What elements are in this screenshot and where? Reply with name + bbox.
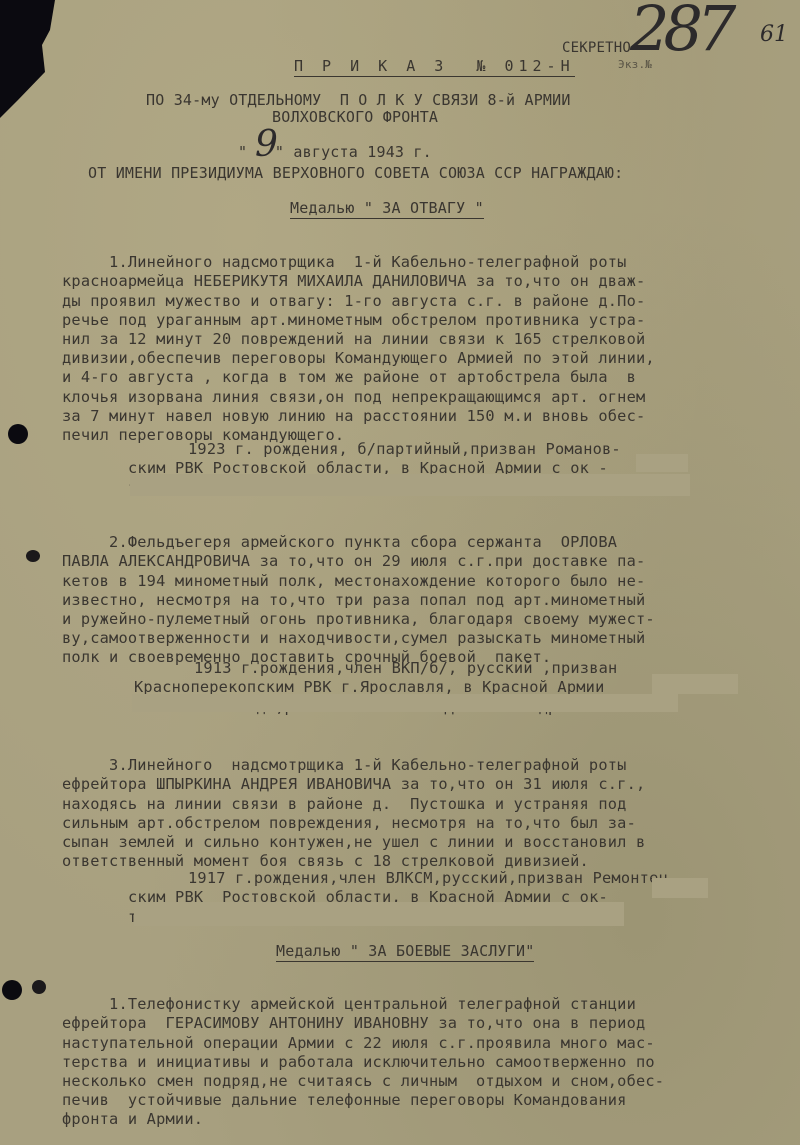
text-line: несколько смен подряд,не считаясь с личн… — [62, 1072, 664, 1091]
text-line: наступательной операции Армии с 22 июля … — [62, 1034, 664, 1053]
text-line: ефрейтора ГЕРАСИМОВУ АНТОНИНУ ИВАНОВНУ з… — [62, 1014, 664, 1033]
citation-entry-4: 1.Телефонистку армейской центральной тел… — [62, 976, 664, 1145]
text-line: фронта и Армии. — [62, 1110, 664, 1129]
text-line: сильным арт.обстрелом повреждения, несмо… — [62, 814, 645, 833]
handwritten-sheet-number: 61 — [760, 22, 788, 47]
text-line: речье под ураганным арт.минометным обстр… — [62, 311, 655, 330]
unit-line-1: ПО 34-му ОТДЕЛЬНОМУ П О Л К У СВЯЗИ 8-й … — [146, 91, 571, 109]
redacted-address — [636, 454, 688, 472]
text-line: ПАВЛА АЛЕКСАНДРОВИЧА за то,что он 29 июл… — [62, 552, 655, 571]
text-line: и ружейно-пулеметный огонь противника, б… — [62, 610, 655, 629]
redacted-address — [132, 694, 678, 712]
text-line: ды проявил мужество и отвагу: 1-го авгус… — [62, 292, 655, 311]
text-line: терства и инициативы и работала исключит… — [62, 1053, 664, 1072]
text-line: 1.Линейного надсмотрщика 1-й Кабельно-те… — [62, 253, 655, 272]
redacted-address — [134, 902, 624, 926]
text-line: 1923 г. рождения, б/партийный,призван Ро… — [128, 440, 621, 459]
text-line: 2.Фельдъегеря армейского пункта сбора се… — [62, 533, 655, 552]
section-heading-bravery-medal: Медалью " ЗА ОТВАГУ " — [290, 199, 484, 219]
text-line: дивизии,обеспечив переговоры Командующег… — [62, 349, 655, 368]
text-line: кетов в 194 минометный полк, местонахожд… — [62, 572, 655, 591]
bio-entry-2: 1913 г.рождения,член ВКП/б/, русский ,пр… — [134, 640, 617, 736]
order-title: П Р И К А З № 012-Н — [294, 57, 575, 77]
text-line: 1913 г.рождения,член ВКП/б/, русский ,пр… — [134, 659, 617, 678]
redacted-address — [652, 878, 708, 898]
text-line: красноармейца НЕБЕРИКУТЯ МИХАИЛА ДАНИЛОВ… — [62, 272, 655, 291]
redacted-address — [652, 674, 738, 694]
punch-hole — [8, 424, 28, 444]
bio-entry-1: 1923 г. рождения, б/партийный,призван Ро… — [128, 421, 621, 517]
text-line: и 4-го августа , когда в том же районе о… — [62, 368, 655, 387]
award-preamble: ОТ ИМЕНИ ПРЕЗИДИУМА ВЕРХОВНОГО СОВЕТА СО… — [88, 164, 623, 182]
punch-hole-torn — [32, 980, 46, 994]
text-line: клочья изорвана линия связи,он под непре… — [62, 388, 655, 407]
text-line: печив устойчивые дальние телефонные пере… — [62, 1091, 664, 1110]
text-line: 3.Линейного надсмотрщика 1-й Кабельно-те… — [62, 756, 645, 775]
section-heading-combat-merit-medal: Медалью " ЗА БОЕВЫЕ ЗАСЛУГИ" — [276, 942, 534, 962]
text-line: 1.Телефонистку армейской центральной тел… — [62, 995, 664, 1014]
text-line: ефрейтора ШПЫРКИНА АНДРЕЯ ИВАНОВИЧА за т… — [62, 775, 645, 794]
classification-stamp: СЕКРЕТНО — [562, 40, 631, 56]
text-line: нил за 12 минут 20 повреждений на линии … — [62, 330, 655, 349]
unit-line-2: ВОЛХОВСКОГО ФРОНТА — [272, 108, 438, 126]
text-line: известно, несмотря на то,что три раза по… — [62, 591, 655, 610]
punch-hole-torn — [26, 550, 40, 562]
redacted-address — [130, 474, 690, 496]
punch-hole — [2, 980, 22, 1000]
text-line: 1917 г.рождения,член ВЛКСМ,русский,призв… — [128, 869, 677, 888]
handwritten-day: 9 — [255, 124, 278, 165]
handwritten-archive-number: 287 — [630, 0, 730, 65]
bio-entry-3: 1917 г.рождения,член ВЛКСМ,русский,призв… — [128, 850, 677, 946]
text-line: находясь на линии связи в районе д. Пуст… — [62, 795, 645, 814]
